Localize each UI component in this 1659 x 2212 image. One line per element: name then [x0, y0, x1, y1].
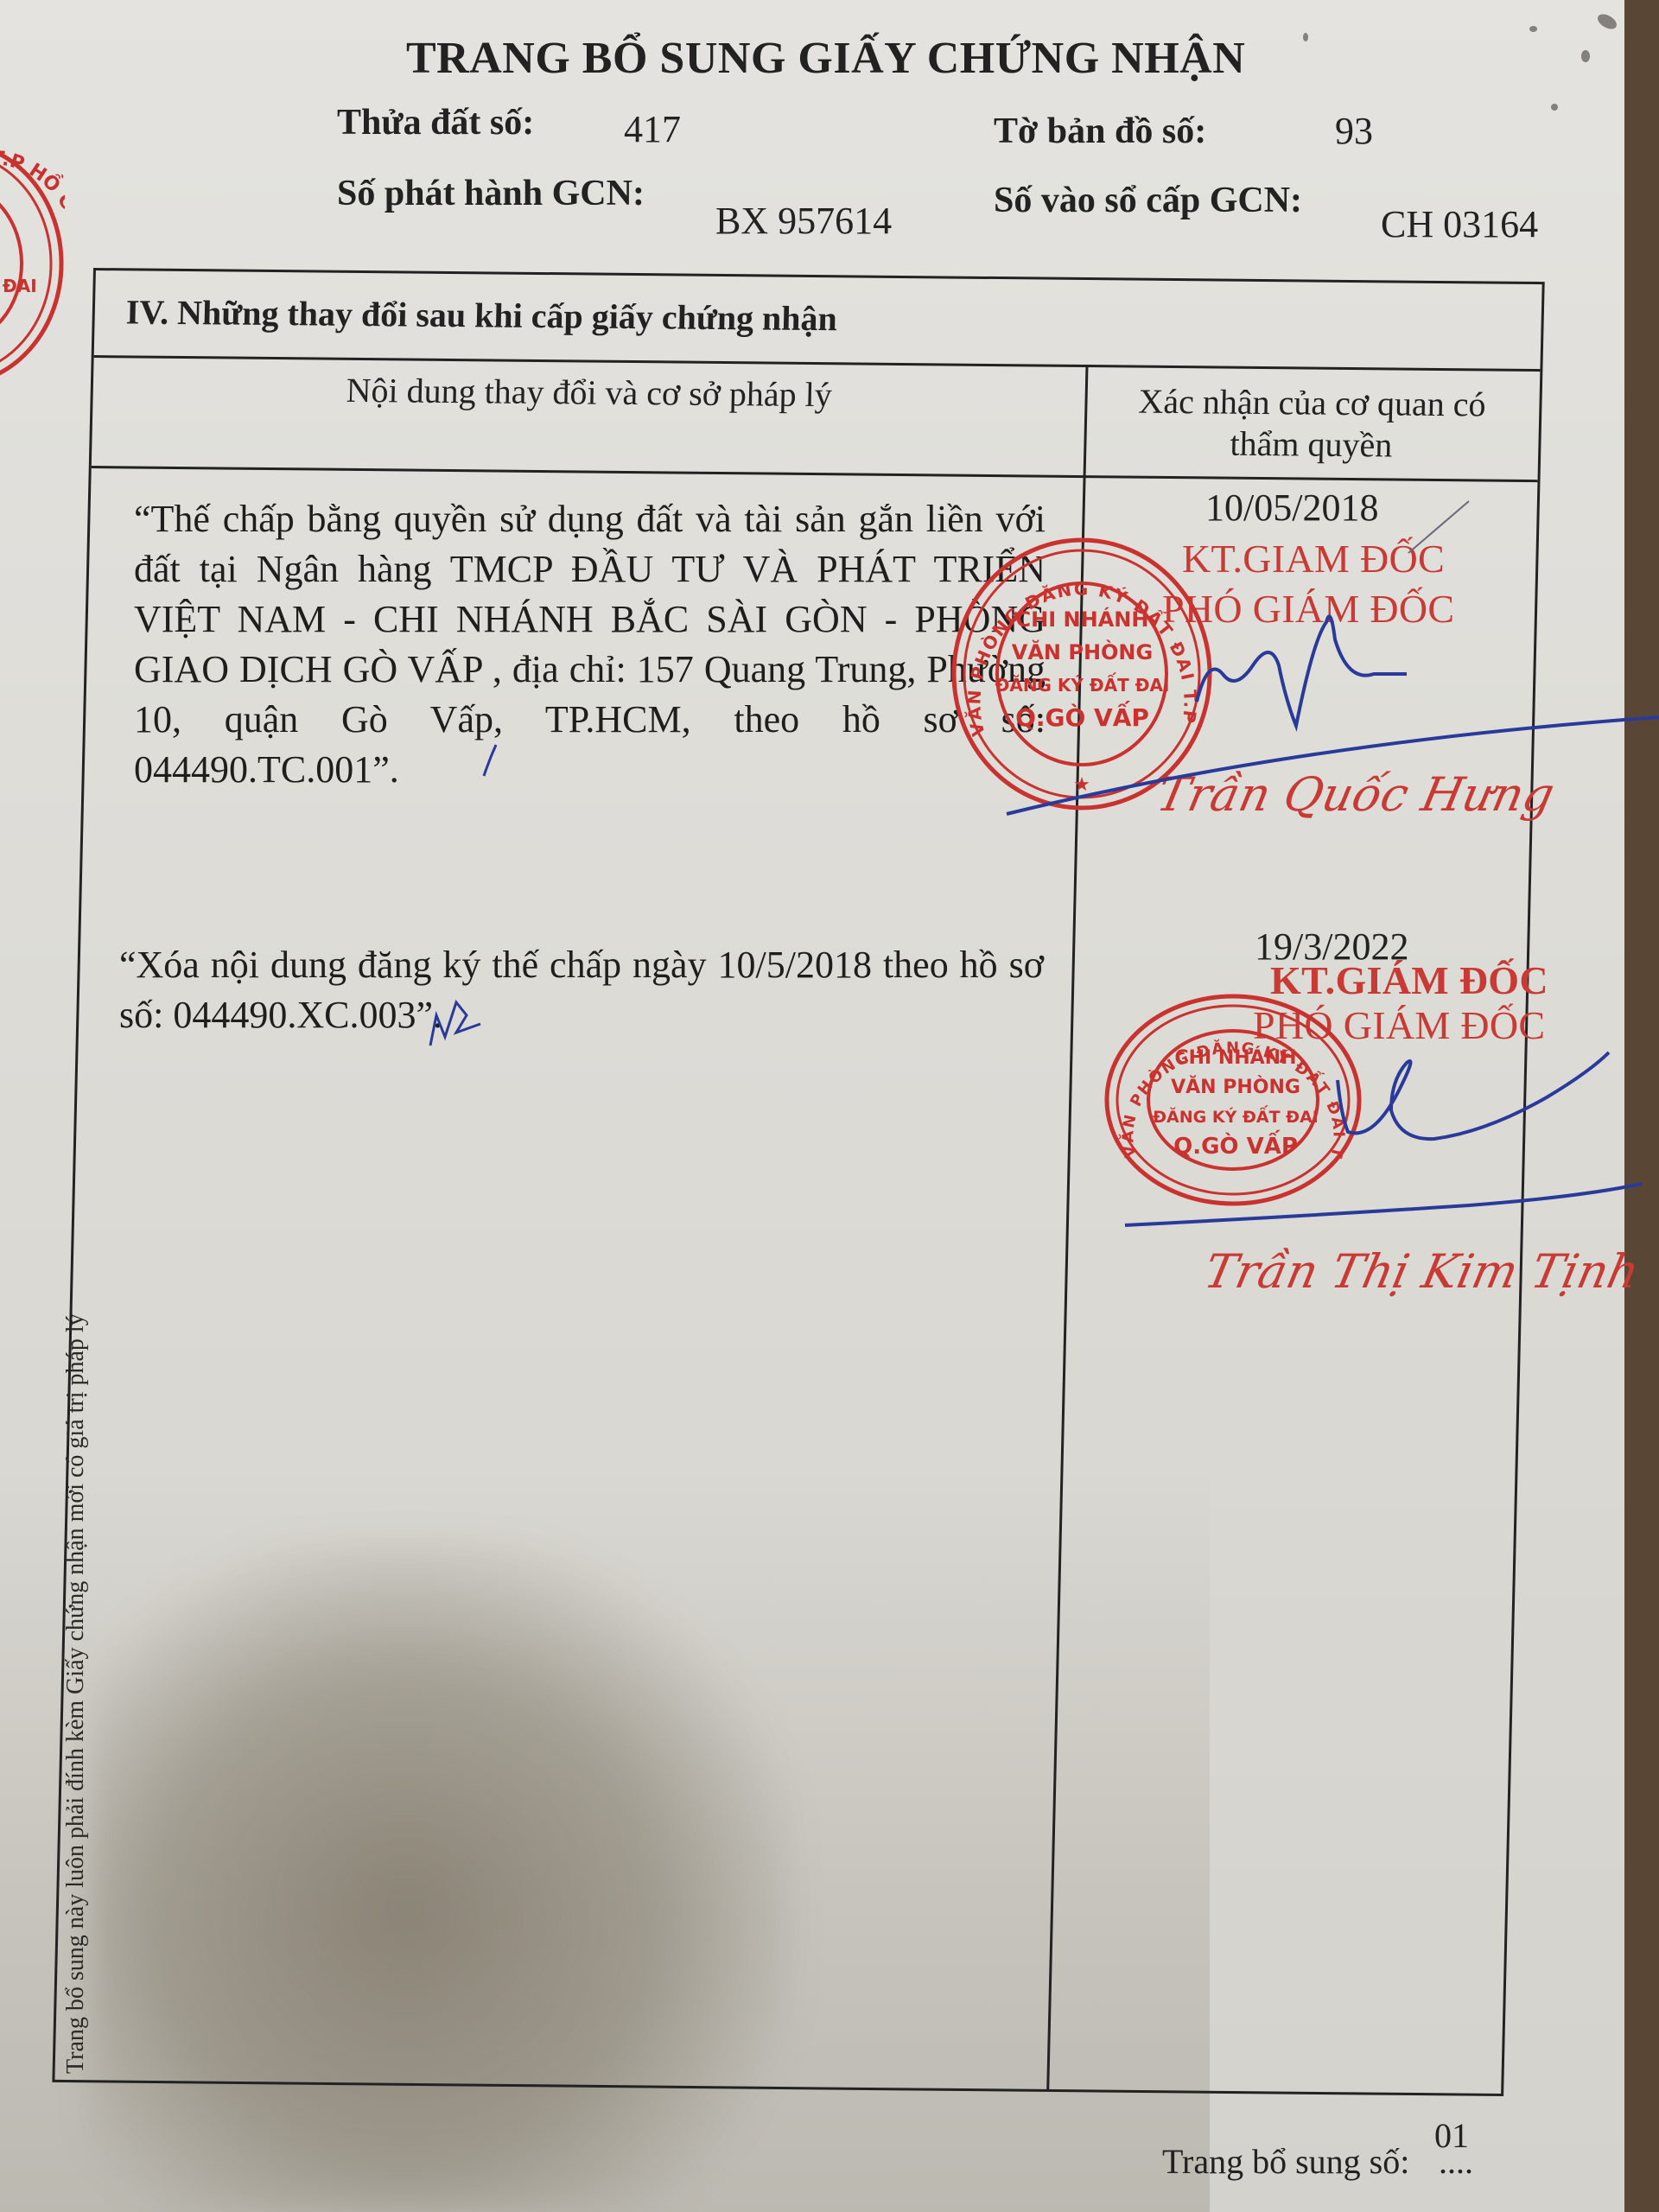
- debris-speck: [1529, 26, 1537, 32]
- register-number-value: CH 03164: [1381, 202, 1538, 246]
- side-legal-note: Trang bổ sung này luôn phải đính kèm Giấ…: [62, 1313, 90, 2074]
- svg-text:★: ★: [1073, 773, 1090, 795]
- entry-1-stamp-line2: VĂN PHÒNG: [950, 636, 1214, 669]
- footer-page-label: Trang bổ sung số:: [1162, 2141, 1409, 2182]
- debris-speck: [1551, 104, 1558, 111]
- parcel-value: 417: [624, 107, 681, 151]
- entry-2-stamp-line1: CHI NHÁNH: [1102, 1044, 1370, 1073]
- section-title: IV. Những thay đổi sau khi cấp giấy chứn…: [125, 291, 837, 339]
- entry-2-stamp-line3: ĐĂNG KÝ ĐẤT ĐAI: [1102, 1103, 1370, 1132]
- partial-stamp-inner-text: ĐAI: [3, 276, 37, 296]
- entry-1-stamp: VĂN PHÒNG ĐĂNG KÝ ĐẤT ĐAI T.P HỒ CHÍ MIN…: [950, 536, 1214, 812]
- entry-1-stamp-line3: ĐĂNG KÝ ĐẤT ĐAI: [950, 669, 1214, 702]
- column-header-confirmation: Xác nhận của cơ quan có thẩm quyền: [1084, 380, 1540, 467]
- entry-1-authority-line1: KT.GIAM ĐỐC: [1182, 536, 1445, 582]
- parcel-label: Thửa đất số:: [337, 102, 534, 143]
- debris-speck: [1303, 33, 1308, 41]
- entry-2-stamp-line2: VĂN PHÒNG: [1102, 1073, 1370, 1103]
- issue-number-label: Số phát hành GCN:: [337, 173, 645, 214]
- register-number-label: Số vào sổ cấp GCN:: [994, 180, 1302, 221]
- entry-1-stamp-line1: CHI NHÁNH: [950, 603, 1214, 636]
- map-sheet-value: 93: [1335, 109, 1373, 153]
- entry-1-date: 10/05/2018: [1205, 486, 1378, 530]
- entry-2-stamp-line4: Q.GÒ VẤP: [1102, 1132, 1370, 1161]
- column-header-content: Nội dung thay đổi và cơ sở pháp lý: [92, 367, 1085, 417]
- entry-2-content: “Xóa nội dung đăng ký thế chấp ngày 10/5…: [119, 940, 1044, 1040]
- column-header-row: Nội dung thay đổi và cơ sở pháp lý Xác n…: [92, 355, 1541, 482]
- debris-speck: [1581, 50, 1590, 62]
- entry-1-content: “Thế chấp bằng quyền sử dụng đất và tài …: [134, 494, 1046, 795]
- footer-page-number: ....: [1439, 2141, 1473, 2182]
- partial-stamp-left: T.P HỒ CHÍ MINH ĐAI: [0, 138, 65, 389]
- issue-number-value: BX 957614: [715, 199, 892, 243]
- document-title: TRANG BỔ SUNG GIẤY CHỨNG NHẬN: [406, 33, 1245, 84]
- entry-1-stamp-line4: Q.GÒ VẤP: [950, 702, 1214, 734]
- map-sheet-label: Tờ bản đồ số:: [994, 111, 1206, 152]
- column-header-confirmation-text: Xác nhận của cơ quan có thẩm quyền: [1121, 380, 1503, 467]
- entry-2-stamp: VĂN PHÒNG ĐĂNG KÝ ĐẤT ĐAI T.P HỒ CHÍ MIN…: [1102, 992, 1370, 1208]
- entry-2-signer: Trần Thị Kim Tịnh: [1199, 1244, 1643, 1299]
